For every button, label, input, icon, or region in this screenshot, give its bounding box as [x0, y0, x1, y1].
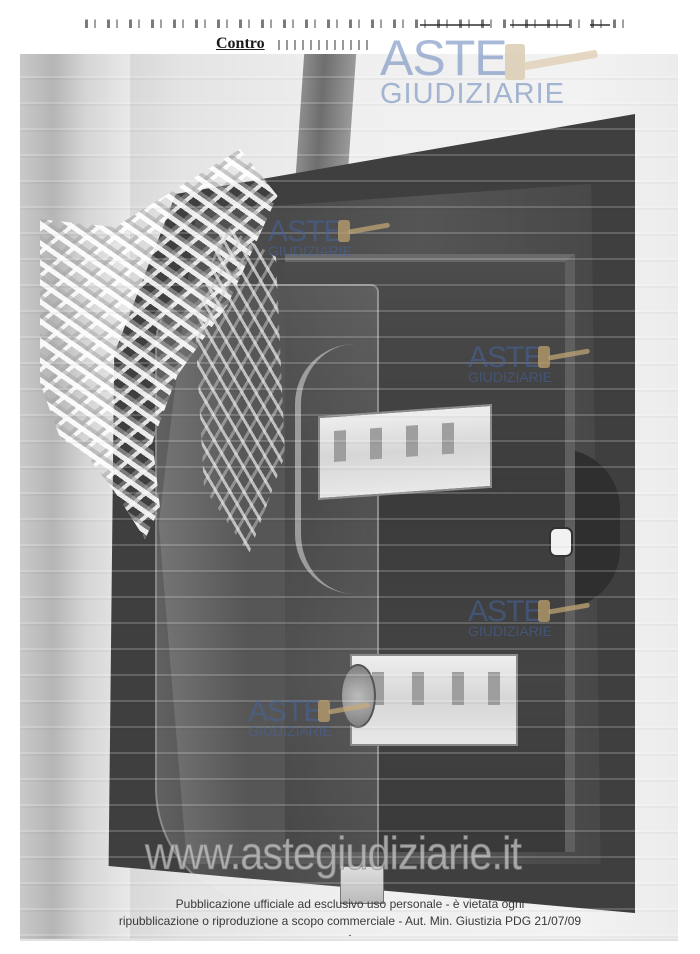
door-jamb	[296, 54, 356, 174]
legal-notice-line1: Pubblicazione ufficiale ad esclusivo uso…	[0, 896, 700, 913]
photo-bottom-edge	[20, 939, 678, 941]
panel-photo	[20, 54, 678, 939]
watermark-logo-large: ASTE GIUDIZIARIE	[380, 36, 565, 107]
watermark-giudiziarie: GIUDIZIARIE	[468, 371, 552, 384]
section-heading: Contro	[216, 35, 265, 53]
cable-arc	[295, 344, 361, 594]
door-lock-icon	[549, 527, 573, 557]
watermark-giudiziarie: GIUDIZIARIE	[380, 81, 565, 107]
breaker-switch	[442, 423, 454, 454]
meter-dial	[340, 664, 376, 728]
watermark-logo: ASTE GIUDIZIARIE	[248, 698, 332, 738]
breaker-switch	[452, 672, 464, 705]
legal-notice-line3: -	[0, 927, 700, 944]
watermark-logo: ASTE GIUDIZIARIE	[268, 218, 352, 258]
breaker-switch	[412, 672, 424, 705]
watermark-logo: ASTE GIUDIZIARIE	[468, 344, 552, 384]
breaker-switch	[488, 672, 500, 705]
header-underline	[420, 24, 490, 26]
watermark-logo: ASTE GIUDIZIARIE	[468, 598, 552, 638]
gavel-icon	[338, 222, 388, 234]
header-underline	[590, 24, 610, 26]
breaker-switch	[406, 425, 418, 456]
gavel-icon	[505, 48, 595, 60]
watermark-giudiziarie: GIUDIZIARIE	[248, 725, 332, 738]
gavel-icon	[538, 602, 588, 614]
watermark-site-url: www.astegiudiziarie.it	[145, 826, 521, 880]
gavel-icon	[538, 348, 588, 360]
header-underline	[510, 24, 570, 26]
gavel-icon	[318, 702, 368, 714]
watermark-giudiziarie: GIUDIZIARIE	[468, 625, 552, 638]
breaker-switch	[370, 428, 382, 459]
section-heading-illegible	[278, 40, 368, 50]
watermark-giudiziarie: GIUDIZIARIE	[268, 245, 352, 258]
